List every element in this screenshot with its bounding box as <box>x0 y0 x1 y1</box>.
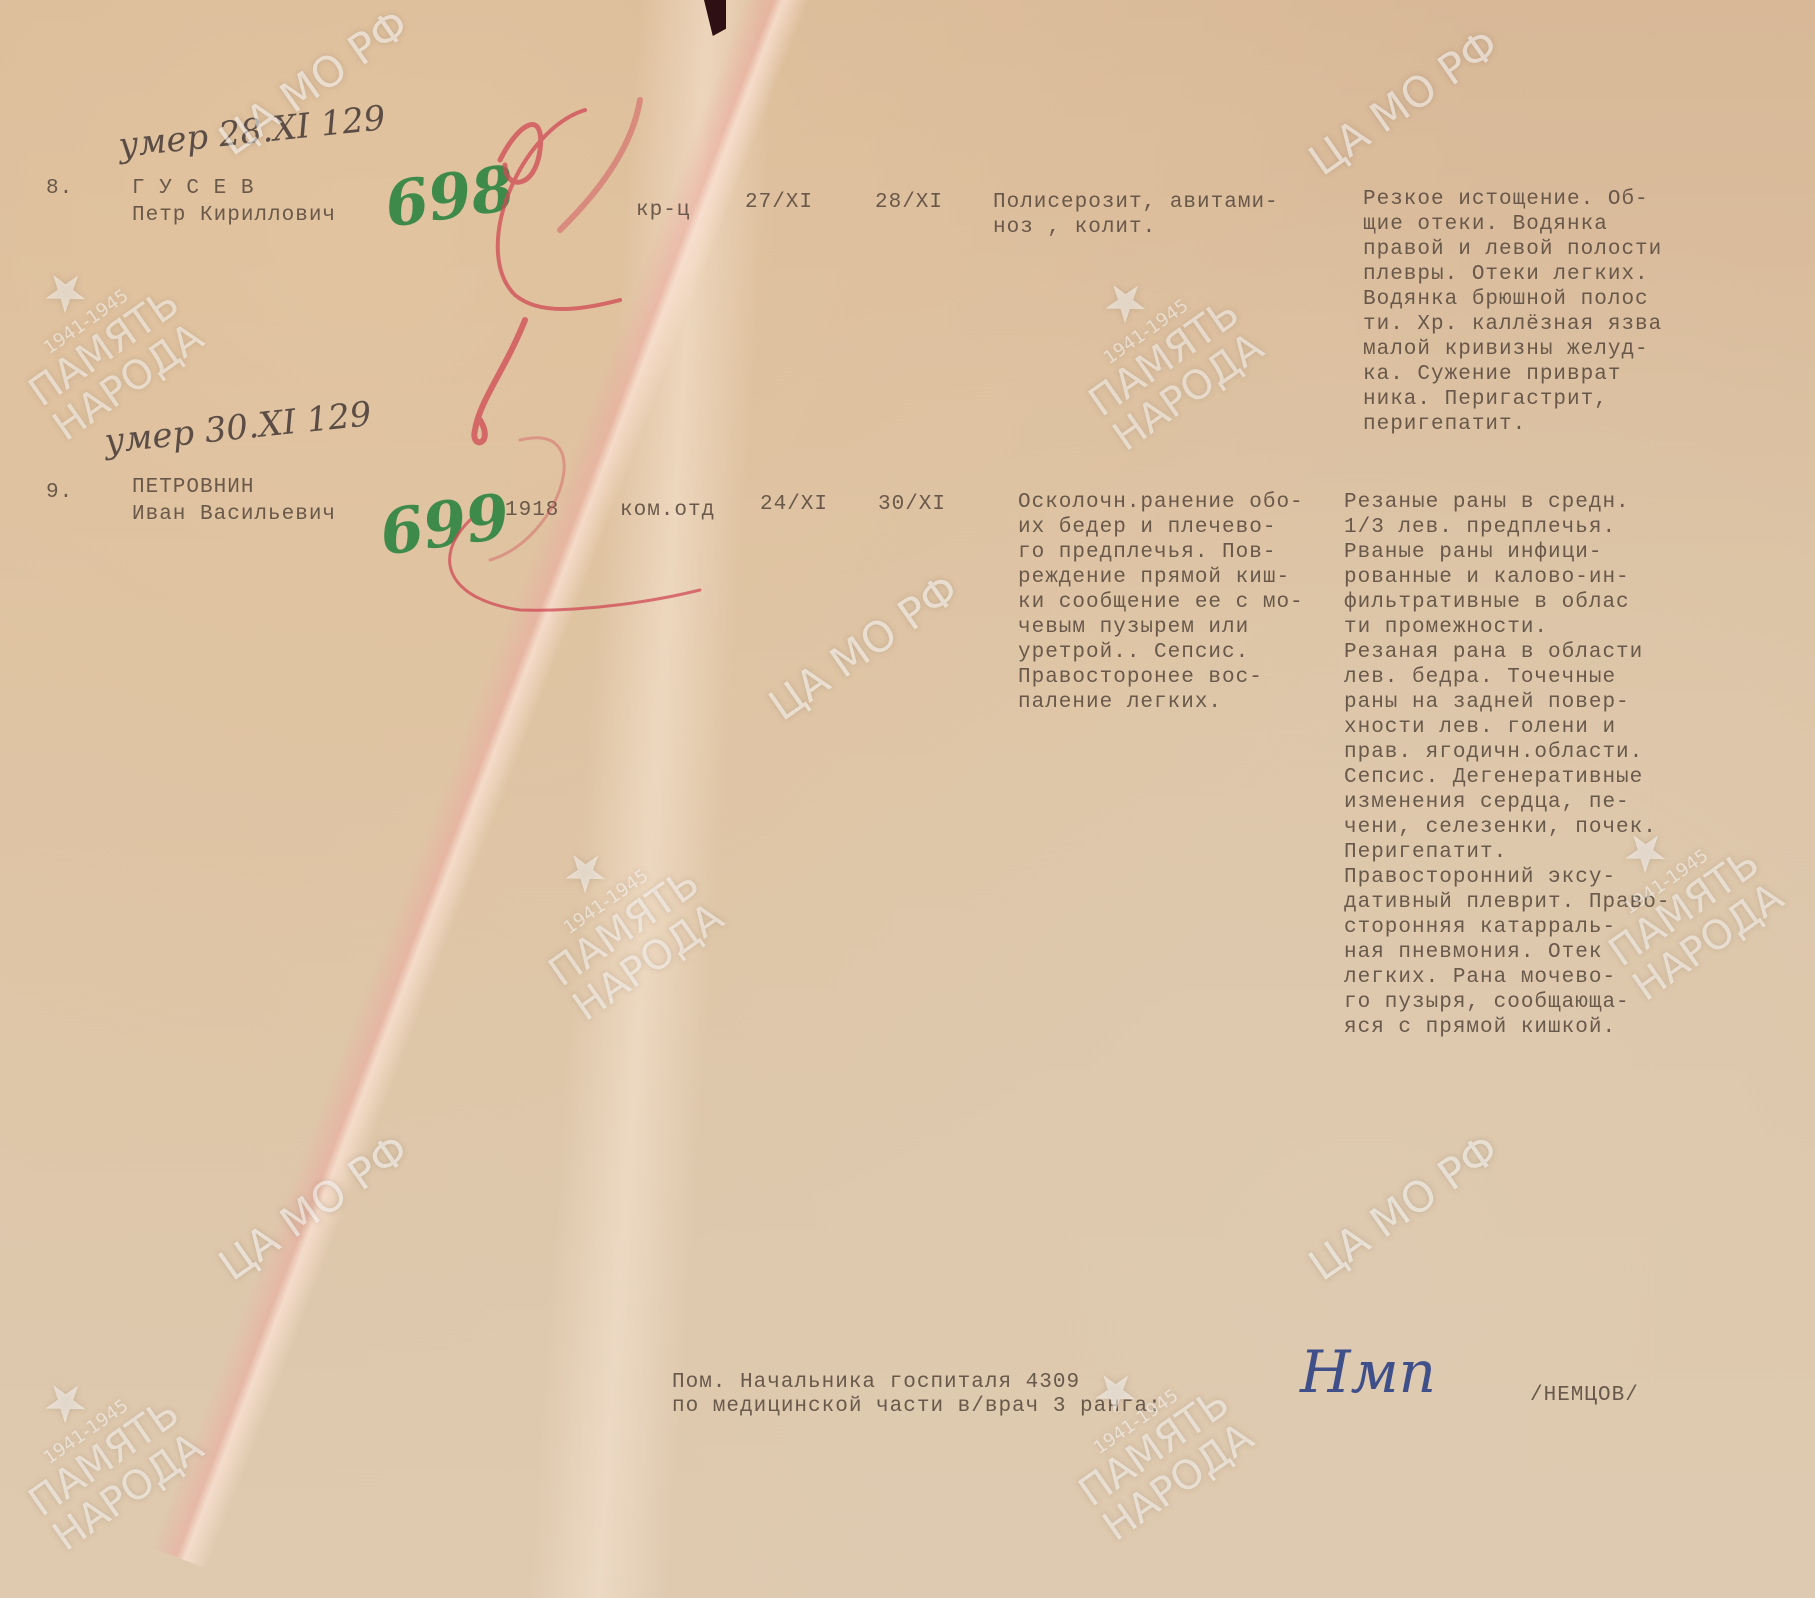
typed-name: /НЕМЦОВ/ <box>1530 1383 1639 1408</box>
signature: Нмп <box>1300 1338 1436 1406</box>
red-pencil-marks <box>0 0 1815 1598</box>
footer-line-1: Пом. Начальника госпиталя 4309 <box>672 1370 1080 1395</box>
